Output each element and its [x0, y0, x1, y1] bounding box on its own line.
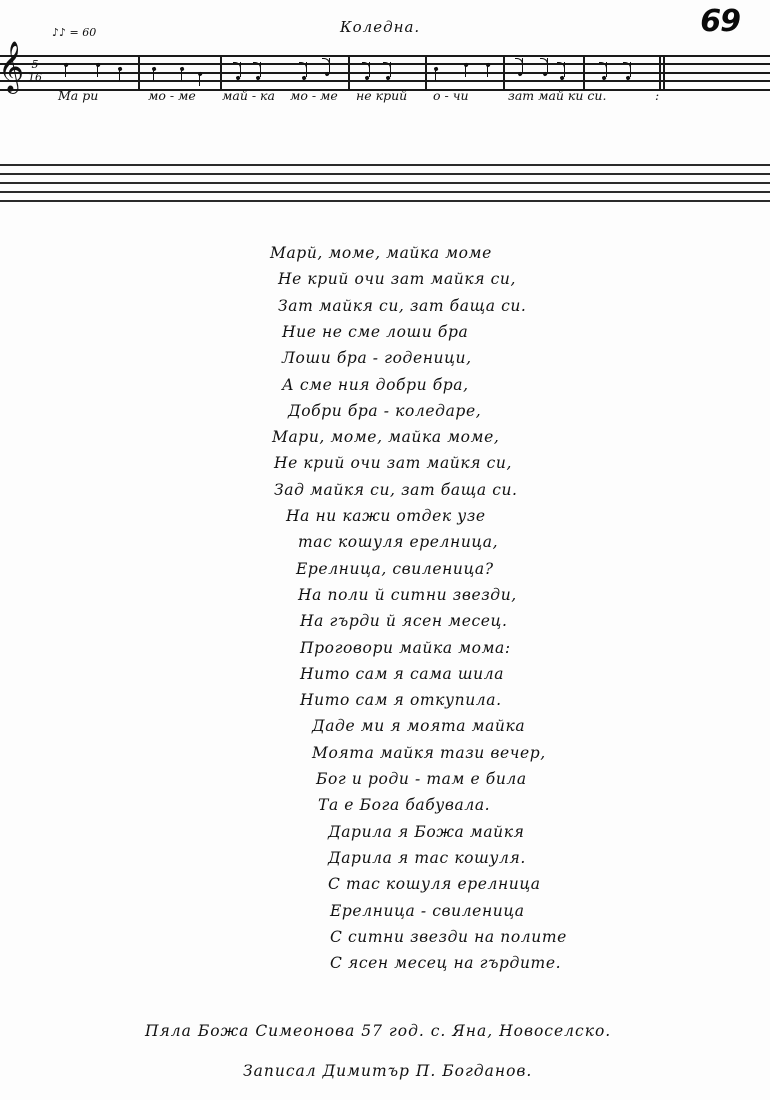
note-stem [181, 69, 182, 81]
manuscript-page: 69 ♪♪ = 60 Коледна. 𝄞 5 16 Ма римо - мем… [0, 0, 770, 1100]
note-stem [390, 62, 391, 77]
verse-line: Дарила я Божа майкя [328, 823, 524, 841]
verse-line: Зат майкя си, зат баща си. [278, 297, 526, 315]
verse-line: тас кошуля ерелница, [298, 533, 498, 551]
verse-line: На ни кажи отдек узе [286, 507, 486, 525]
lyric-syllable: мо - ме [148, 88, 196, 103]
note-stem [329, 58, 330, 73]
note-stem [547, 58, 548, 73]
note-stem [564, 62, 565, 77]
lyric-syllable: мо - ме [290, 88, 338, 103]
note-stem [199, 74, 200, 86]
verse-line: Ние не сме лоши бра [282, 323, 468, 341]
verse-line: На поли й ситни звезди, [298, 586, 517, 604]
verse-line: На гърди й ясен месец. [300, 612, 508, 630]
note-stem [65, 65, 66, 77]
barline [663, 55, 665, 89]
barline [220, 55, 222, 89]
note-stem [260, 62, 261, 77]
song-lyrics-under-staff: Ма римо - мемай - камо - мене крийо - чи… [0, 88, 770, 108]
verse-line: Дарила я тас кошуля. [328, 849, 526, 867]
barline [583, 55, 585, 89]
lyric-syllable: о - чи [433, 88, 469, 103]
lyric-syllable: зат май ки си. [508, 88, 606, 103]
note-stem [97, 65, 98, 77]
recorder-note: Записал Димитър П. Богданов. [243, 1062, 532, 1080]
verse-line: Лоши бра - годеници, [282, 349, 472, 367]
verse-line: Марй, моме, майка моме [270, 244, 492, 262]
verse-line: Ерелница, свиленица? [296, 560, 494, 578]
barline [348, 55, 350, 89]
lyric-syllable: май - ка [222, 88, 275, 103]
time-signature: 5 16 [28, 58, 42, 84]
note-stem [630, 62, 631, 77]
barline [425, 55, 427, 89]
note-stem [435, 69, 436, 81]
tempo-marking: ♪♪ = 60 [52, 26, 96, 39]
note-stem [522, 58, 523, 73]
verse-line: Не крий очи зат майкя си, [274, 454, 512, 472]
note-stem [369, 62, 370, 77]
barline [659, 55, 661, 89]
page-number: 69 [700, 4, 740, 39]
verse-line: Нито сам я откупила. [300, 691, 502, 709]
verse-line: С ясен месец на гърдите. [330, 954, 561, 972]
verse-line: Нито сам я сама шила [300, 665, 504, 683]
verse-line: Моята майкя тази вечер, [312, 744, 546, 762]
music-staff: 𝄞 5 16 [0, 55, 770, 91]
verse-line: Та е Бога бабувала. [318, 796, 490, 814]
verse-line: Добри бра - коледаре, [288, 402, 481, 420]
note-stem [240, 62, 241, 77]
lyric-syllable: не крий [356, 88, 407, 103]
song-title: Коледна. [340, 18, 420, 36]
verse-line: С ситни звезди на полите [330, 928, 567, 946]
note-stem [153, 69, 154, 81]
verse-line: А сме ния добри бра, [282, 376, 469, 394]
lyric-syllable: Ма ри [58, 88, 98, 103]
verse-line: Не крий очи зат майкя си, [278, 270, 516, 288]
empty-staff [0, 164, 770, 200]
verse-line: Ерелница - свиленица [330, 902, 525, 920]
verse-line: Мари, моме, майка моме, [272, 428, 499, 446]
note-stem [119, 69, 120, 81]
verse-line: Зад майкя си, зат баща си. [274, 481, 518, 499]
verse-line: Бог и роди - там е била [316, 770, 527, 788]
verse-line: Даде ми я моята майка [312, 717, 525, 735]
note-stem [465, 65, 466, 77]
barline [138, 55, 140, 89]
note-stem [606, 62, 607, 77]
verse-line: Проговори майка мома: [300, 639, 511, 657]
note-stem [487, 65, 488, 77]
note-stem [306, 62, 307, 77]
verse-line: С тас кошуля ерелница [328, 875, 541, 893]
treble-clef-icon: 𝄞 [0, 45, 24, 89]
lyric-syllable: : [655, 88, 659, 103]
singer-note: Пяла Божа Симеонова 57 год. с. Яна, Ново… [145, 1022, 611, 1040]
barline [503, 55, 505, 89]
